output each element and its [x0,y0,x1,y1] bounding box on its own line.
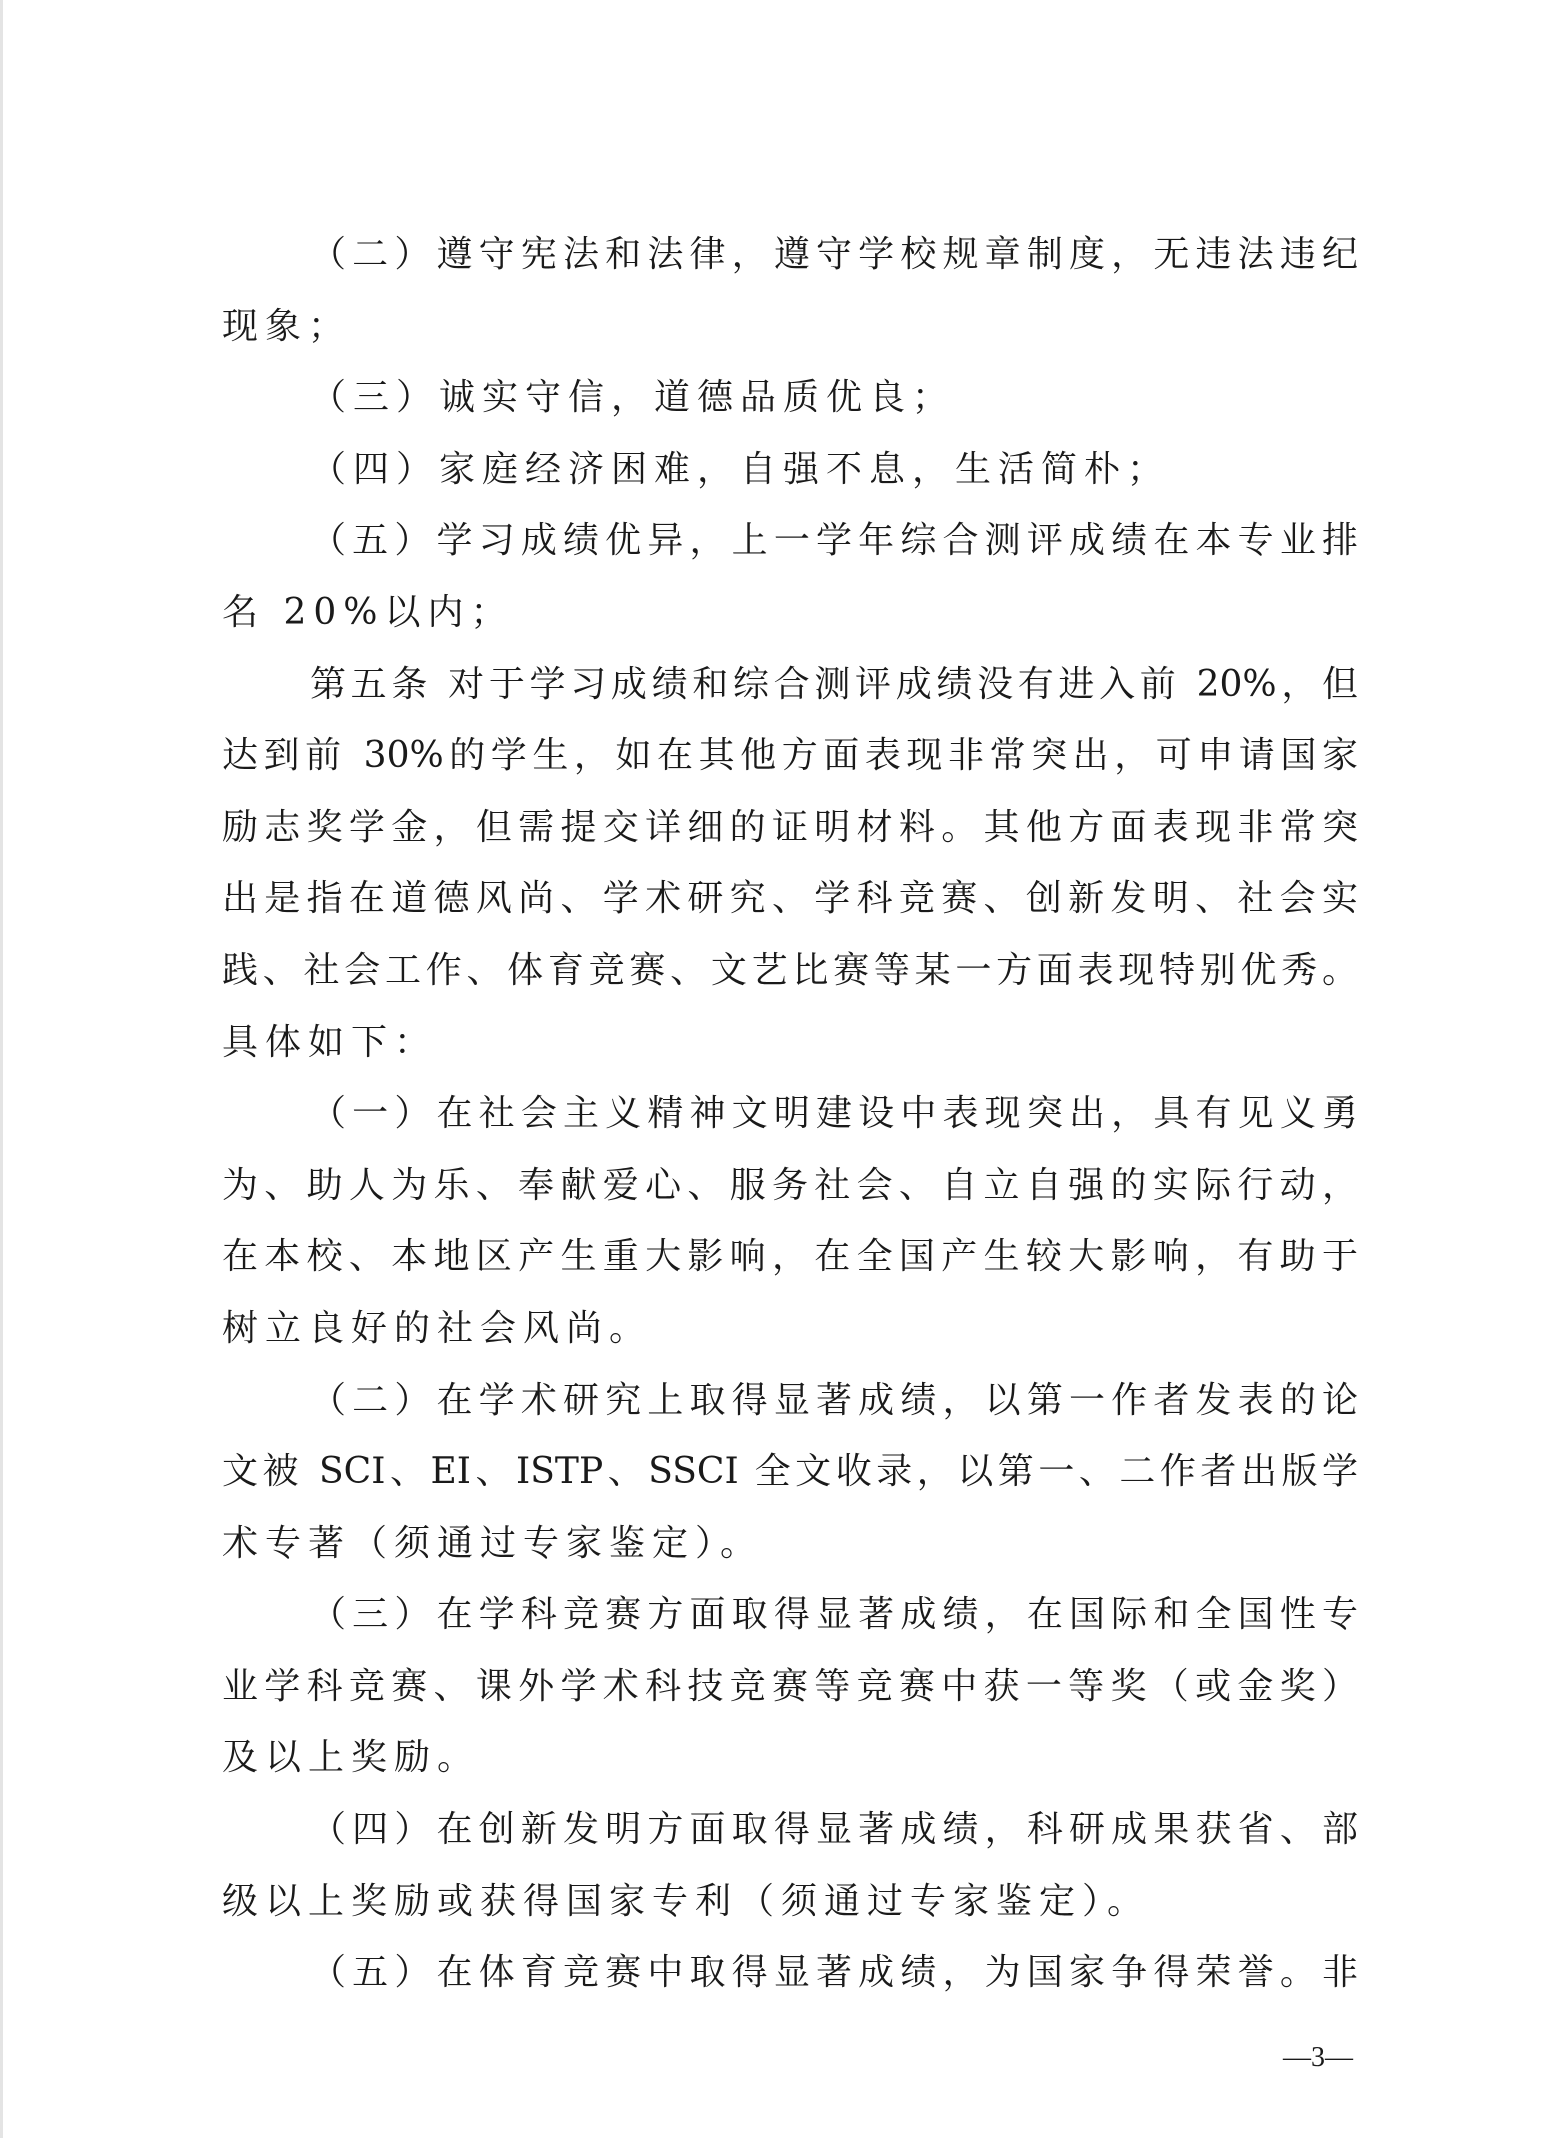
text-line-25: （五）在体育竞赛中取得显著成绩，为国家争得荣誉。非 [222,1937,1358,2009]
text-line-2: 现象； [222,291,1358,363]
text-line-20: （三）在学科竞赛方面取得显著成绩，在国际和全国性专 [222,1579,1358,1651]
text-line-12: 具体如下： [222,1007,1358,1079]
page-left-edge [0,0,3,2138]
text-line-8: 达到前 30%的学生，如在其他方面表现非常突出，可申请国家 [222,720,1358,792]
text-line-11: 践、社会工作、体育竞赛、文艺比赛等某一方面表现特别优秀。 [222,935,1358,1007]
text-line-21: 业学科竞赛、课外学术科技竞赛等竞赛中获一等奖（或金奖） [222,1651,1358,1723]
text-line-1: （二）遵守宪法和法律，遵守学校规章制度，无违法违纪 [222,219,1358,291]
text-line-7: 第五条 对于学习成绩和综合测评成绩没有进入前 20%，但 [222,649,1358,721]
text-line-19: 术专著（须通过专家鉴定）。 [222,1508,1358,1580]
text-line-13: （一）在社会主义精神文明建设中表现突出，具有见义勇 [222,1078,1358,1150]
page-number: —3— [1276,2040,1360,2076]
text-line-22: 及以上奖励。 [222,1722,1358,1794]
text-line-17: （二）在学术研究上取得显著成绩，以第一作者发表的论 [222,1365,1358,1437]
text-line-14: 为、助人为乐、奉献爱心、服务社会、自立自强的实际行动， [222,1150,1358,1222]
text-line-23: （四）在创新发明方面取得显著成绩，科研成果获省、部 [222,1794,1358,1866]
document-page-body: （二）遵守宪法和法律，遵守学校规章制度，无违法违纪 现象； （三）诚实守信，道德… [222,219,1358,2009]
text-line-24: 级以上奖励或获得国家专利（须通过专家鉴定）。 [222,1866,1358,1938]
text-line-5: （五）学习成绩优异，上一学年综合测评成绩在本专业排 [222,505,1358,577]
text-line-3: （三）诚实守信，道德品质优良； [222,362,1358,434]
text-line-16: 树立良好的社会风尚。 [222,1293,1358,1365]
text-line-15: 在本校、本地区产生重大影响，在全国产生较大影响，有助于 [222,1221,1358,1293]
text-line-10: 出是指在道德风尚、学术研究、学科竞赛、创新发明、社会实 [222,863,1358,935]
text-line-18: 文被 SCI、EI、ISTP、SSCI 全文收录，以第一、二作者出版学 [222,1436,1358,1508]
text-line-4: （四）家庭经济困难，自强不息，生活简朴； [222,434,1358,506]
text-line-6: 名 20%以内； [222,577,1358,649]
text-line-9: 励志奖学金，但需提交详细的证明材料。其他方面表现非常突 [222,792,1358,864]
